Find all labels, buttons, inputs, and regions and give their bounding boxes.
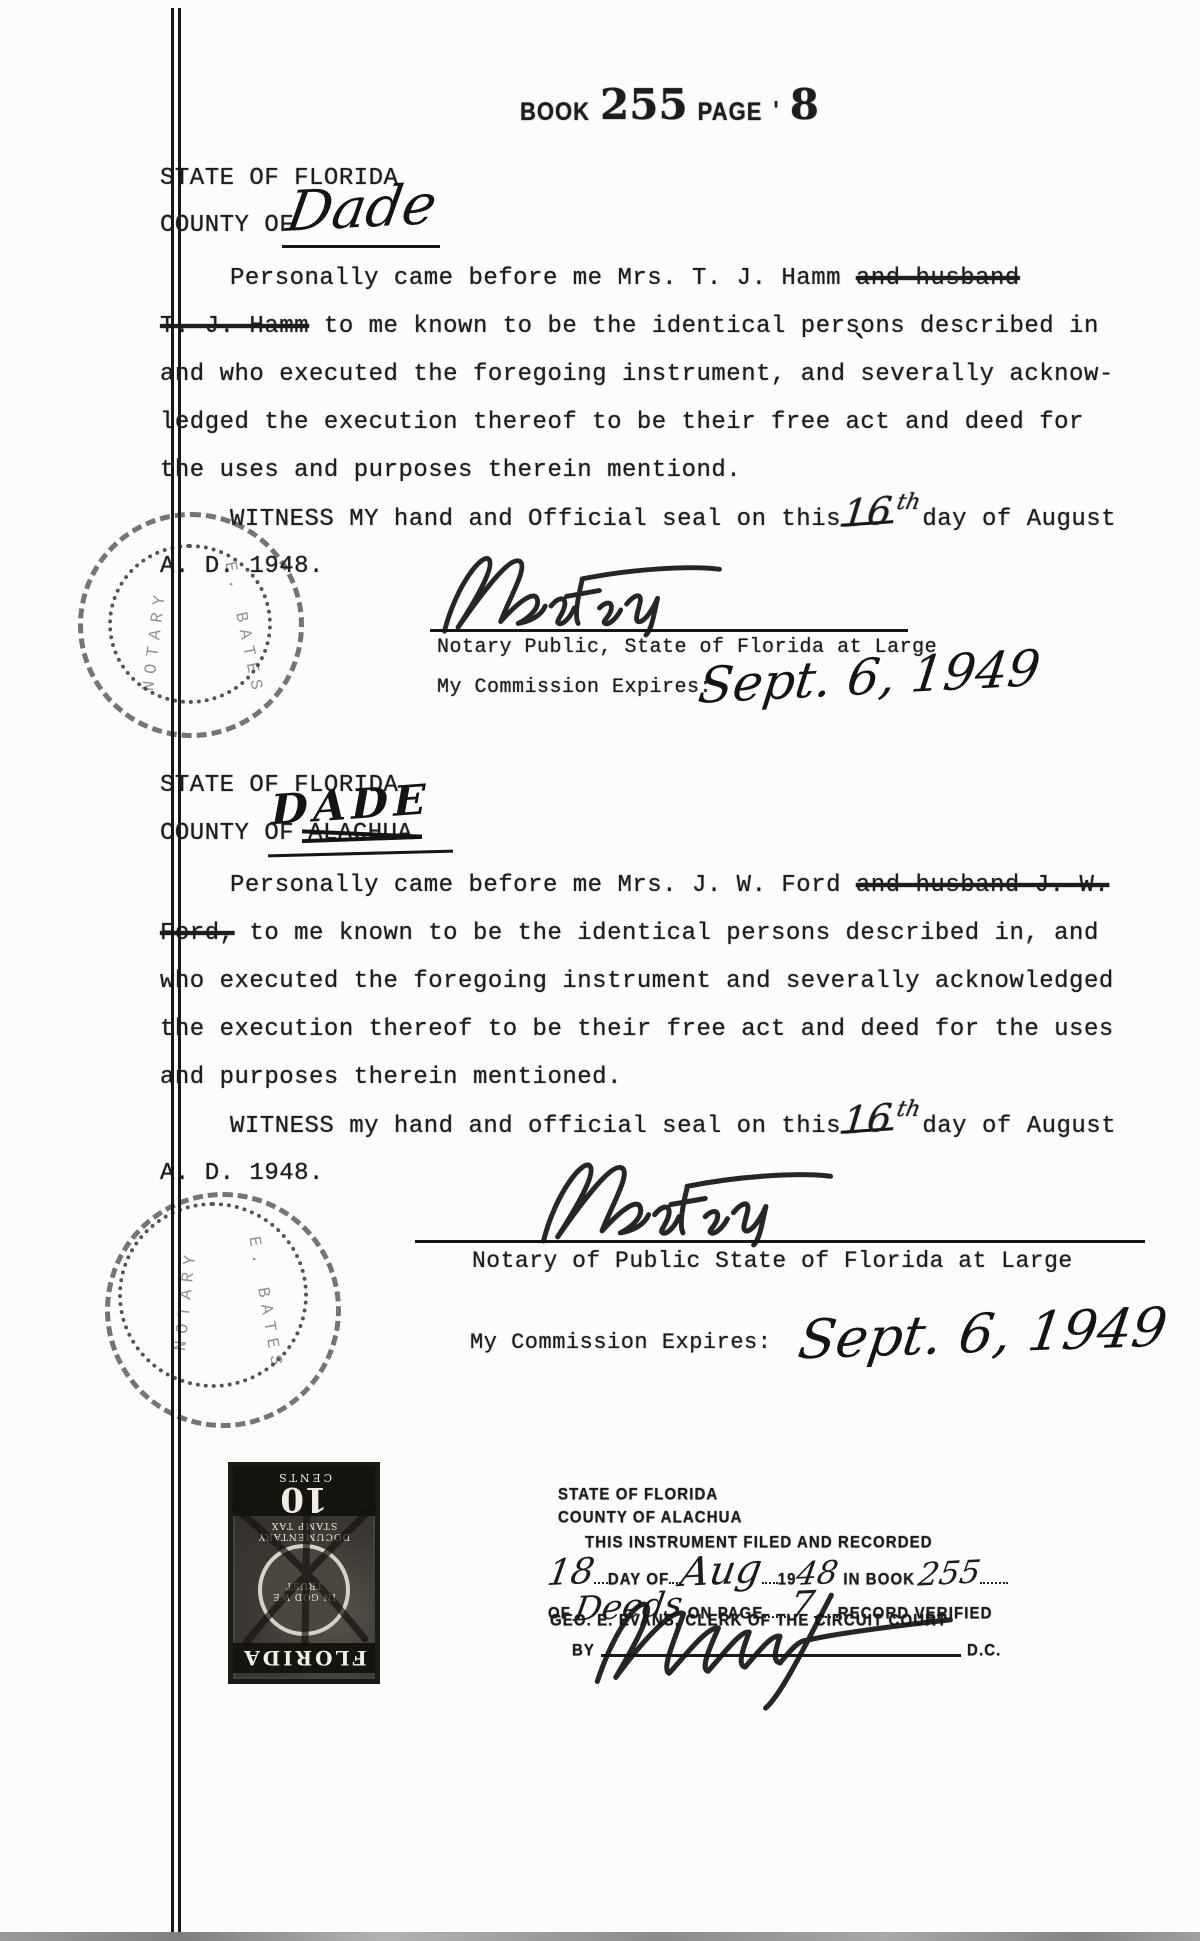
struck-text: and husband — [856, 265, 1020, 292]
text-run: WITNESS MY hand and Official seal on thi… — [230, 506, 841, 533]
typed-line: and who executed the foregoing instrumen… — [160, 351, 1150, 399]
struck-text: and husband J. W. — [856, 872, 1109, 899]
typed-line: who executed the foregoing instrument an… — [160, 958, 1150, 1006]
documentary-tax-stamp: FLORIDA IN GOD WE TRUST DOCUMENTARY STAM… — [228, 1462, 380, 1684]
document-page: BOOK 255 PAGE ' 8 STATE OF FLORIDA COUNT… — [0, 0, 1200, 1941]
recording-state-line: STATE OF FLORIDA — [558, 1485, 718, 1504]
struck-text: T. J. Hamm — [160, 313, 309, 340]
text-run: WITNESS my hand and official seal on thi… — [230, 1113, 841, 1140]
commission-date-2: Sept. 6, 1949 — [795, 1296, 1172, 1372]
commission-label-1: My Commission Expires: — [437, 676, 712, 699]
page-label: PAGE — [698, 97, 763, 127]
typed-line: and purposes therein mentioned. — [160, 1054, 1150, 1102]
text-run: the uses and purposes therein mentiond. — [160, 457, 741, 484]
commission-label-2: My Commission Expires: — [470, 1330, 771, 1355]
deputy-clerk-signature — [585, 1578, 975, 1713]
left-margin-rule — [171, 8, 181, 1941]
book-label: BOOK — [520, 97, 590, 127]
stamp-cents-label: CENTS — [233, 1471, 375, 1484]
recording-county-line: COUNTY OF ALACHUA — [558, 1508, 743, 1527]
page-number: 8 — [790, 80, 819, 129]
typed-line: the uses and purposes therein mentiond. — [160, 447, 1150, 495]
book-page-header: BOOK 255 PAGE ' 8 — [520, 80, 819, 129]
typed-line: ledged the execution thereof to be their… — [160, 399, 1150, 447]
notary-signature — [432, 546, 732, 638]
book-number: 255 — [600, 80, 688, 129]
acknowledgment-paragraph-2: Personally came before me Mrs. J. W. For… — [160, 862, 1150, 1198]
text-run: Personally came before me Mrs. T. J. Ham… — [230, 265, 856, 292]
county-underline-1 — [282, 245, 440, 248]
text-run: day of August — [922, 1113, 1116, 1140]
notary-signature — [522, 1152, 852, 1248]
text-run: day of August — [922, 506, 1116, 533]
typed-line: Ford, to me known to be the identical pe… — [160, 910, 1150, 958]
typed-line: WITNESS MY hand and Official seal on thi… — [160, 495, 1150, 543]
acknowledgment-paragraph-1: Personally came before me Mrs. T. J. Ham… — [160, 255, 1150, 591]
text-run: and purposes therein mentioned. — [160, 1064, 622, 1091]
stray-tick-mark: ' — [772, 96, 779, 125]
text-run: ledged the execution thereof to be their… — [160, 409, 1084, 436]
notary-caption-2: Notary of Public State of Florida at Lar… — [472, 1248, 1073, 1274]
text-run: who executed the foregoing instrument an… — [160, 968, 1114, 995]
text-run: A. D. 1948. — [160, 553, 324, 580]
text-run: the execution thereof to be their free a… — [160, 1016, 1114, 1043]
stamp-cancellation-mark — [225, 1499, 385, 1649]
text-run: Personally came before me Mrs. J. W. For… — [230, 872, 856, 899]
typed-line: the execution thereof to be their free a… — [160, 1006, 1150, 1054]
county-handwritten-1: Dade — [282, 172, 441, 245]
text-run: and who executed the foregoing instrumen… — [160, 361, 1114, 388]
text-run: A. D. 1948. — [160, 1160, 324, 1187]
text-run: to me known to be the identical persons … — [235, 920, 1099, 947]
text-run: to me known to be the identical persons … — [309, 313, 1099, 340]
scan-bottom-edge — [0, 1932, 1200, 1941]
county-underline-2 — [268, 850, 453, 858]
handwritten-text: 16 — [841, 1107, 896, 1134]
typed-line: WITNESS my hand and official seal on thi… — [160, 1102, 1150, 1150]
handwritten-text: 16 — [841, 500, 896, 527]
typed-line: T. J. Hamm to me known to be the identic… — [160, 303, 1150, 351]
typed-line: Personally came before me Mrs. T. J. Ham… — [160, 255, 1150, 303]
typed-line: Personally came before me Mrs. J. W. For… — [160, 862, 1150, 910]
